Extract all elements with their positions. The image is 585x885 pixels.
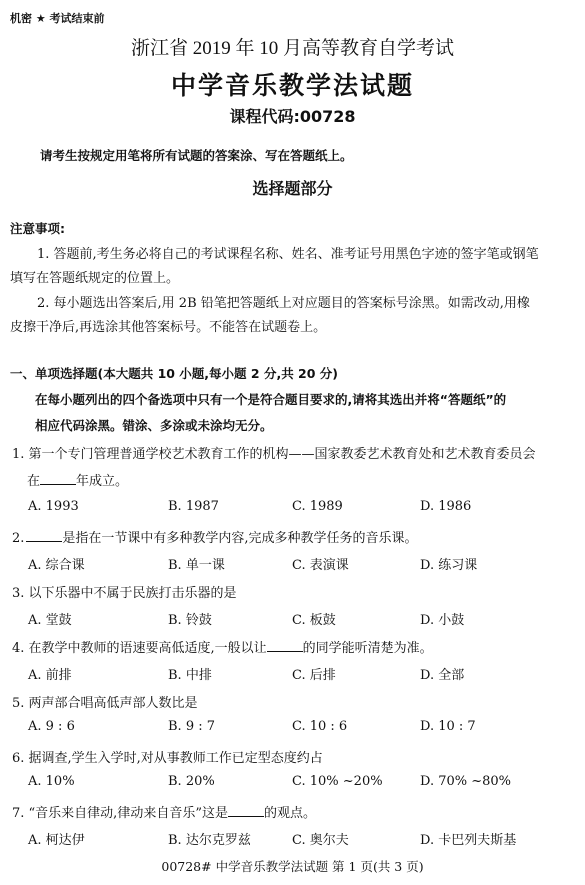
question-2-text: 是指在一节课中有多种教学内容,完成多种教学任务的音乐课。 — [62, 531, 417, 546]
notes-title: 注意事项: — [10, 219, 65, 237]
q7-option-a: A. 柯达伊 — [28, 829, 85, 848]
q5-option-b: B. 9 : 7 — [168, 719, 215, 734]
q7-option-b: B. 达尔克罗兹 — [168, 829, 251, 848]
question-1-text-post: 年成立。 — [76, 474, 128, 489]
q3-option-a: A. 堂鼓 — [28, 609, 72, 628]
q7-option-d: D. 卡巴列夫斯基 — [420, 829, 516, 848]
question-5: 5. 两声部合唱高低声部人数比是 — [12, 692, 198, 711]
q2-option-a: A. 综合课 — [28, 554, 85, 573]
question-3: 3. 以下乐器中不属于民族打击乐器的是 — [12, 582, 237, 601]
q4-option-d: D. 全部 — [420, 664, 464, 683]
question-2: 2.是指在一节课中有多种教学内容,完成多种教学任务的音乐课。 — [12, 527, 418, 546]
answer-blank — [267, 638, 303, 652]
question-4: 4. 在教学中教师的语速要高低适度,一般以让的同学能听清楚为准。 — [12, 637, 433, 656]
q2-option-b: B. 单一课 — [168, 554, 225, 573]
q6-option-a: A. 10% — [28, 774, 75, 789]
page-footer: 00728# 中学音乐教学法试题 第 1 页(共 3 页) — [0, 857, 585, 875]
q3-option-b: B. 铃鼓 — [168, 609, 212, 628]
note-2-line2: 皮擦干净后,再选涂其他答案标号。不能答在试题卷上。 — [10, 316, 326, 335]
question-4-text-post: 的同学能听清楚为准。 — [303, 641, 433, 656]
q4-option-a: A. 前排 — [28, 664, 72, 683]
question-1-cont: 在年成立。 — [27, 470, 128, 489]
q3-option-c: C. 板鼓 — [292, 609, 336, 628]
question-2-number: 2. — [12, 531, 24, 546]
course-code: 课程代码:00728 — [0, 104, 585, 127]
section-title: 选择题部分 — [0, 176, 585, 199]
question-1-text-pre: 在 — [27, 474, 40, 489]
q1-option-a: A. 1993 — [28, 499, 79, 514]
q3-option-d: D. 小鼓 — [420, 609, 464, 628]
note-1-line2: 填写在答题纸规定的位置上。 — [10, 267, 179, 286]
answer-blank — [228, 803, 264, 817]
q2-option-d: D. 练习课 — [420, 554, 477, 573]
note-1-line1: 1. 答题前,考生务必将自己的考试课程名称、姓名、准考证号用黑色字迹的签字笔或钢… — [37, 243, 539, 262]
q4-option-c: C. 后排 — [292, 664, 336, 683]
question-7-text-post: 的观点。 — [264, 806, 316, 821]
question-7: 7. “音乐来自律动,律动来自音乐”这是的观点。 — [12, 802, 316, 821]
q6-option-c: C. 10% ~20% — [292, 774, 383, 789]
question-7-text-pre: 7. “音乐来自律动,律动来自音乐”这是 — [12, 806, 228, 821]
q6-option-d: D. 70% ~80% — [420, 774, 511, 789]
q1-option-b: B. 1987 — [168, 499, 219, 514]
answer-blank — [26, 528, 62, 542]
note-2-line1: 2. 每小题选出答案后,用 2B 铅笔把答题纸上对应题目的答案标号涂黑。如需改动… — [37, 292, 530, 311]
part1-title: 一、单项选择题(本大题共 10 小题,每小题 2 分,共 20 分) — [10, 364, 338, 382]
q5-option-d: D. 10 : 7 — [420, 719, 476, 734]
question-4-text-pre: 4. 在教学中教师的语速要高低适度,一般以让 — [12, 641, 267, 656]
question-6: 6. 据调查,学生入学时,对从事教师工作已定型态度约占 — [12, 747, 323, 766]
q1-option-d: D. 1986 — [420, 499, 471, 514]
part1-desc-line1: 在每小题列出的四个备选项中只有一个是符合题目要求的,请将其选出并将“答题纸”的 — [35, 390, 506, 408]
q5-option-a: A. 9 : 6 — [28, 719, 75, 734]
confidential-mark: 机密 ★ 考试结束前 — [10, 10, 105, 26]
exam-title: 浙江省 2019 年 10 月高等教育自学考试 — [0, 33, 585, 60]
q1-option-c: C. 1989 — [292, 499, 343, 514]
answer-instruction: 请考生按规定用笔将所有试题的答案涂、写在答题纸上。 — [40, 146, 353, 164]
q6-option-b: B. 20% — [168, 774, 215, 789]
q4-option-b: B. 中排 — [168, 664, 212, 683]
q7-option-c: C. 奥尔夫 — [292, 829, 349, 848]
question-1: 1. 第一个专门管理普通学校艺术教育工作的机构——国家教委艺术教育处和艺术教育委… — [12, 443, 536, 462]
part1-desc-line2: 相应代码涂黑。错涂、多涂或未涂均无分。 — [35, 416, 273, 434]
q5-option-c: C. 10 : 6 — [292, 719, 347, 734]
subject-title: 中学音乐教学法试题 — [0, 66, 585, 102]
answer-blank — [40, 471, 76, 485]
q2-option-c: C. 表演课 — [292, 554, 349, 573]
